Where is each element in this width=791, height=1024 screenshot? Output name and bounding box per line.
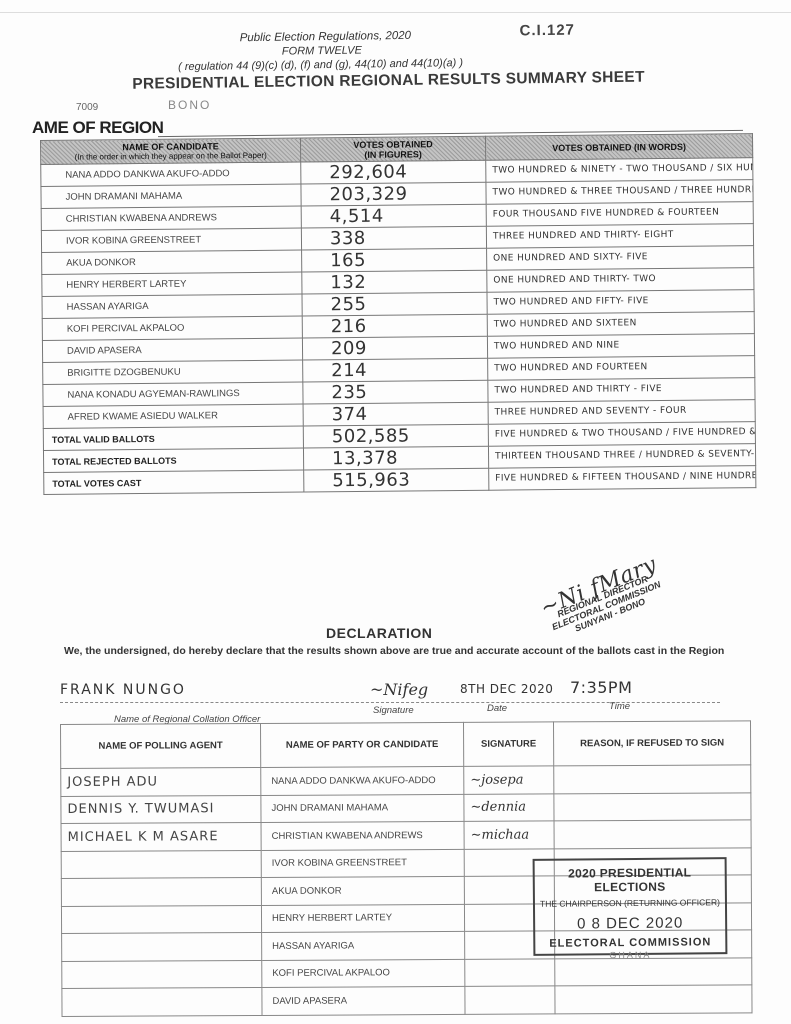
total-figures: 515,963 [304, 468, 489, 492]
votes-figures: 216 [302, 314, 487, 338]
agent-row: DAVID APASERA [62, 985, 752, 1016]
party-column-header: NAME OF PARTY OR CANDIDATE [260, 722, 463, 767]
refusal-reason [554, 820, 751, 849]
party-name: JOHN DRAMANI MAHAMA [261, 794, 464, 823]
candidate-name: NANA KONADU AGYEMAN-RAWLINGS [43, 382, 303, 406]
votes-words: TWO HUNDRED AND FOURTEEN [488, 356, 755, 381]
declaration-title: DECLARATION [326, 625, 432, 641]
votes-words: ONE HUNDRED AND THIRTY- TWO [487, 268, 754, 293]
refusal-reason [554, 765, 751, 794]
votes-figures: 165 [302, 248, 487, 272]
refusal-reason [555, 985, 752, 1014]
votes-words: ONE HUNDRED AND SIXTY- FIVE [487, 246, 754, 271]
votes-figures: 235 [303, 380, 488, 404]
director-stamp-line-1: REGIONAL DIRECTOR [503, 552, 701, 640]
votes-words: THREE HUNDRED AND SEVENTY - FOUR [488, 400, 755, 425]
ec-stamp-line-4: ELECTORAL COMMISSION [535, 936, 725, 950]
party-name: HENRY HERBERT LARTEY [261, 904, 464, 933]
officer-date: 8TH DEC 2020 [460, 682, 553, 696]
polling-agent-name [61, 877, 261, 906]
party-name: NANA ADDO DANKWA AKUFO-ADDO [261, 766, 464, 795]
ec-stamp-line-5: GHANA [535, 949, 725, 961]
agent-row: MICHAEL K M ASARECHRISTIAN KWABENA ANDRE… [61, 820, 751, 851]
total-label: TOTAL VALID BALLOTS [43, 426, 303, 450]
electoral-commission-stamp: 2020 PRESIDENTIAL ELECTIONS THE CHAIRPER… [533, 857, 728, 956]
polling-agent-name: JOSEPH ADU [61, 767, 261, 796]
party-name: CHRISTIAN KWABENA ANDREWS [261, 821, 464, 850]
candidate-name: AKUA DONKOR [42, 250, 302, 274]
candidate-name: CHRISTIAN KWABENA ANDREWS [41, 206, 301, 230]
agent-signature: ~michaa [464, 821, 554, 849]
regulations-title: Public Election Regulations, 2020 [240, 30, 411, 44]
votes-figures: 214 [303, 358, 488, 382]
total-words: THIRTEEN THOUSAND THREE / HUNDRED & SEVE… [488, 444, 755, 469]
votes-words: FOUR THOUSAND FIVE HUNDRED & FOURTEEN [486, 202, 753, 227]
signature-label: Signature [373, 705, 414, 716]
party-name: AKUA DONKOR [261, 876, 464, 905]
form-number: FORM TWELVE [282, 45, 362, 58]
page-top-edge [0, 12, 791, 13]
region-label: AME OF REGION [32, 118, 163, 138]
region-code: 7009 [76, 102, 98, 113]
candidate-name: HENRY HERBERT LARTEY [42, 272, 302, 296]
agent-signature [465, 986, 555, 1014]
votes-words: TWO HUNDRED & THREE THOUSAND / THREE HUN… [486, 180, 753, 205]
ec-stamp-line-2: THE CHAIRPERSON (RETURNING OFFICER) [535, 897, 725, 909]
party-name: KOFI PERCIVAL AKPALOO [262, 959, 465, 988]
agent-row: JOSEPH ADUNANA ADDO DANKWA AKUFO-ADDO~jo… [61, 765, 751, 796]
form-header: Public Election Regulations, 2020 C.I.12… [0, 0, 790, 6]
votes-words: TWO HUNDRED AND FIFTY- FIVE [487, 290, 754, 315]
votes-words: TWO HUNDRED AND NINE [487, 334, 754, 359]
votes-words: THREE HUNDRED AND THIRTY- EIGHT [486, 224, 753, 249]
party-name: IVOR KOBINA GREENSTREET [261, 849, 464, 878]
officer-name: FRANK NUNGO [60, 682, 186, 698]
candidate-name: DAVID APASERA [42, 338, 302, 362]
polling-agent-name [62, 960, 262, 989]
agent-row: KOFI PERCIVAL AKPALOO [62, 957, 752, 988]
votes-figures: 338 [301, 226, 486, 250]
polling-agent-name [62, 932, 262, 961]
polling-agent-name: MICHAEL K M ASARE [61, 822, 261, 851]
polling-agent-name [62, 987, 262, 1016]
votes-figures: 255 [302, 292, 487, 316]
candidate-name: NANA ADDO DANKWA AKUFO-ADDO [41, 162, 301, 186]
results-body: NANA ADDO DANKWA AKUFO-ADDO292,604TWO HU… [41, 158, 756, 495]
signature-column-header: SIGNATURE [463, 722, 553, 766]
region-value: BONO [168, 98, 211, 112]
candidate-name: AFRED KWAME ASIEDU WALKER [43, 404, 303, 428]
polling-agent-name [61, 905, 261, 934]
party-name: DAVID APASERA [262, 986, 465, 1015]
agent-signature [465, 958, 555, 986]
regulation-reference: ( regulation 44 (9)(c) (d), (f) and (g),… [178, 57, 463, 73]
agent-signature: ~josepa [464, 766, 554, 794]
total-words: FIVE HUNDRED & FIFTEEN THOUSAND / NINE H… [489, 466, 756, 491]
candidate-name: HASSAN AYARIGA [42, 294, 302, 318]
agent-signature: ~dennia [464, 793, 554, 821]
total-figures: 502,585 [303, 424, 488, 448]
agent-row: DENNIS Y. TWUMASIJOHN DRAMANI MAHAMA~den… [61, 792, 751, 823]
votes-figures: 292,604 [301, 160, 486, 184]
total-label: TOTAL REJECTED BALLOTS [43, 448, 303, 472]
total-label: TOTAL VOTES CAST [44, 470, 304, 494]
refusal-reason [554, 792, 751, 821]
reason-column-header: REASON, IF REFUSED TO SIGN [553, 721, 750, 766]
votes-figures: 132 [302, 270, 487, 294]
regional-director-stamp: ~Ni fMary REGIONAL DIRECTOR ELECTORAL CO… [500, 543, 721, 687]
votes-words: TWO HUNDRED AND THIRTY - FIVE [488, 378, 755, 403]
votes-words: TWO HUNDRED & NINETY - TWO THOUSAND / SI… [486, 158, 753, 183]
polling-agent-name: DENNIS Y. TWUMASI [61, 795, 261, 824]
total-figures: 13,378 [303, 446, 488, 470]
refusal-reason [555, 957, 752, 986]
figures-column-header: VOTES OBTAINED (IN FIGURES) [300, 136, 485, 162]
candidate-name: IVOR KOBINA GREENSTREET [41, 228, 301, 252]
total-words: FIVE HUNDRED & TWO THOUSAND / FIVE HUNDR… [488, 422, 755, 447]
ci-number: C.I.127 [519, 22, 575, 40]
officer-signature: ~Nifeg [370, 680, 428, 699]
votes-figures: 203,329 [301, 182, 486, 206]
ec-stamp-date: 0 8 DEC 2020 [535, 914, 725, 933]
candidate-name: BRIGITTE DZOGBENUKU [43, 360, 303, 384]
words-column-header: VOTES OBTAINED (IN WORDS) [485, 134, 752, 161]
results-table: NAME OF CANDIDATE (In the order in which… [40, 133, 755, 495]
votes-words: TWO HUNDRED AND SIXTEEN [487, 312, 754, 337]
candidate-column-header: NAME OF CANDIDATE (In the order in which… [41, 138, 301, 164]
officer-time: 7:35PM [570, 678, 632, 697]
party-name: HASSAN AYARIGA [262, 931, 465, 960]
ec-stamp-line-1: 2020 PRESIDENTIAL ELECTIONS [535, 865, 725, 895]
agent-column-header: NAME OF POLLING AGENT [61, 723, 261, 768]
date-label: Date [487, 703, 507, 714]
time-label: Time [609, 701, 630, 712]
candidate-name: KOFI PERCIVAL AKPALOO [42, 316, 302, 340]
votes-figures: 4,514 [301, 204, 486, 228]
polling-agent-name [61, 850, 261, 879]
votes-figures: 209 [302, 336, 487, 360]
declaration-text: We, the undersigned, do hereby declare t… [64, 645, 724, 657]
agents-header-row: NAME OF POLLING AGENT NAME OF PARTY OR C… [61, 721, 751, 769]
votes-figures: 374 [303, 402, 488, 426]
candidate-name: JOHN DRAMANI MAHAMA [41, 184, 301, 208]
